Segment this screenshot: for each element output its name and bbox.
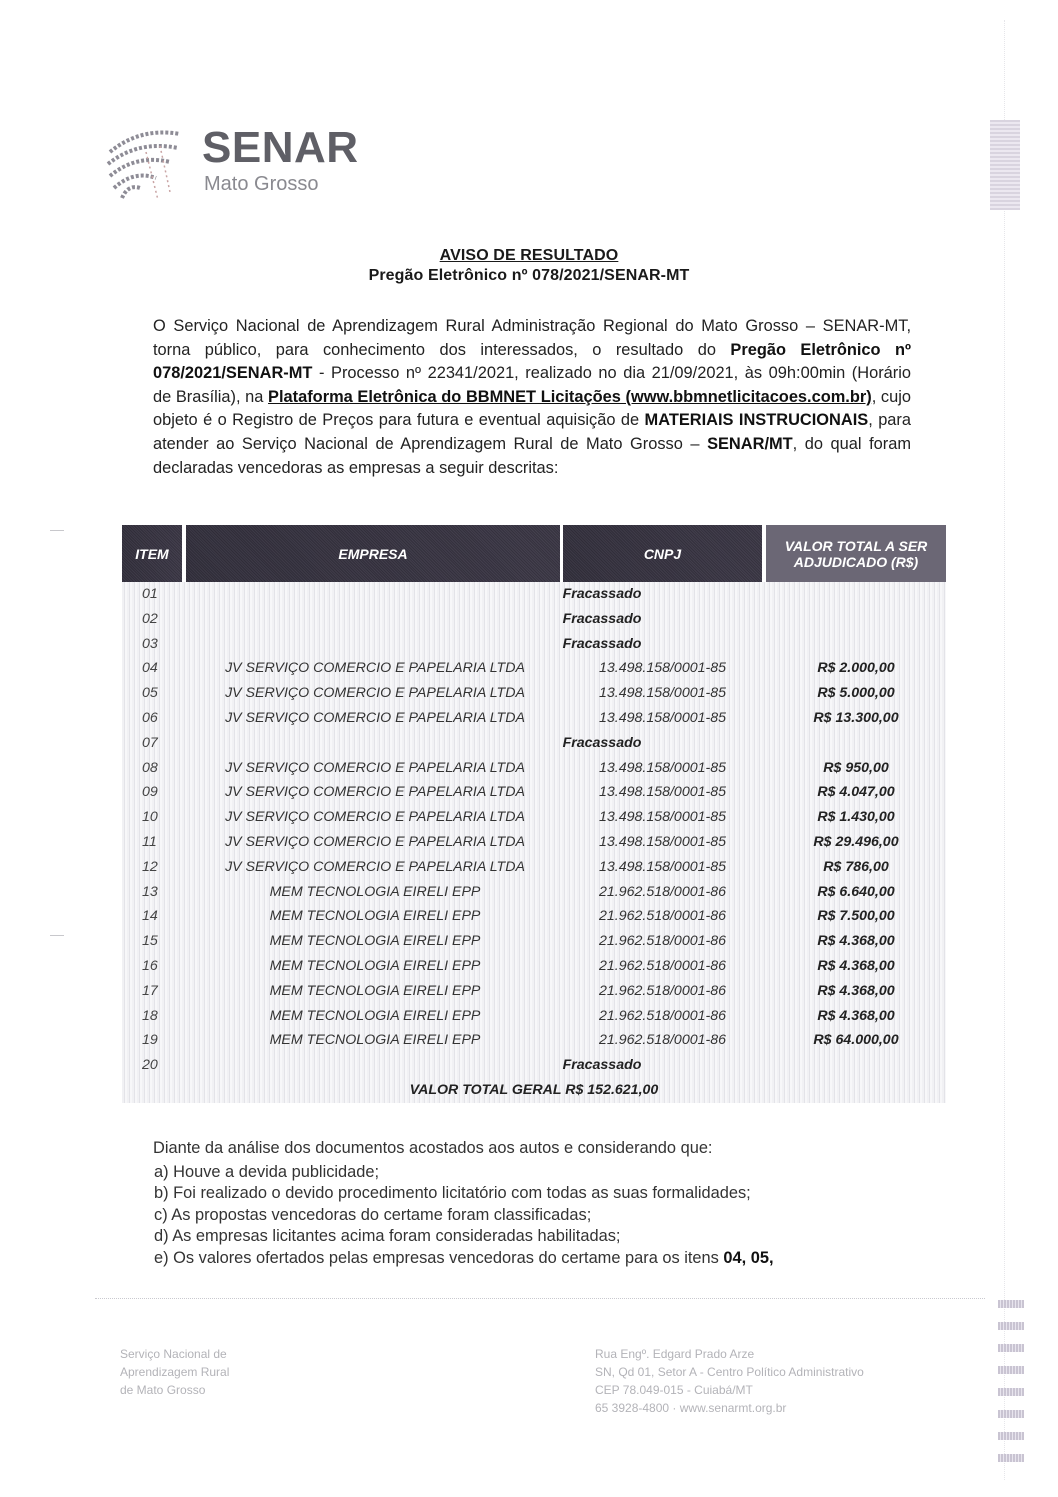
- table-row: 12JV SERVIÇO COMERCIO E PAPELARIA LTDA13…: [122, 855, 946, 880]
- cell-item: 17: [142, 979, 158, 1004]
- table-row: 15MEM TECNOLOGIA EIRELI EPP21.962.518/00…: [122, 929, 946, 954]
- cell-item: 06: [142, 706, 158, 731]
- cell-item: 12: [142, 855, 158, 880]
- cell-cnpj: 21.962.518/0001-86: [563, 979, 762, 1004]
- cell-empresa: JV SERVIÇO COMERCIO E PAPELARIA LTDA: [200, 830, 550, 855]
- table-row: 01Fracassado: [122, 582, 946, 607]
- senar-wheat-logo-icon: [100, 122, 190, 202]
- cell-cnpj: 21.962.518/0001-86: [563, 1004, 762, 1029]
- cell-status: Fracassado: [122, 1053, 1058, 1078]
- consideration-text: b) Foi realizado o devido procedimento l…: [154, 1184, 751, 1202]
- cell-valor: R$ 7.500,00: [766, 904, 946, 929]
- scan-artifact-stack: [998, 1300, 1024, 1476]
- intro-paragraph: O Serviço Nacional de Aprendizagem Rural…: [153, 315, 911, 480]
- cell-empresa: MEM TECNOLOGIA EIRELI EPP: [200, 1028, 550, 1053]
- footer-line: de Mato Grosso: [120, 1381, 229, 1399]
- cell-cnpj: 21.962.518/0001-86: [563, 954, 762, 979]
- cell-empresa: MEM TECNOLOGIA EIRELI EPP: [200, 1004, 550, 1029]
- cell-valor: R$ 950,00: [766, 756, 946, 781]
- cell-item: 19: [142, 1028, 158, 1053]
- cell-cnpj: 21.962.518/0001-86: [563, 904, 762, 929]
- table-row: 02Fracassado: [122, 607, 946, 632]
- senar-logo: SENAR Mato Grosso: [100, 118, 380, 208]
- cell-status: Fracassado: [122, 607, 1058, 632]
- cell-item: 10: [142, 805, 158, 830]
- table-row: 09JV SERVIÇO COMERCIO E PAPELARIA LTDA13…: [122, 780, 946, 805]
- footer-line: SN, Qd 01, Setor A - Centro Político Adm…: [595, 1363, 864, 1381]
- cell-empresa: MEM TECNOLOGIA EIRELI EPP: [200, 904, 550, 929]
- cell-valor: R$ 786,00: [766, 855, 946, 880]
- table-header: ITEM EMPRESA CNPJ VALOR TOTAL A SER ADJU…: [122, 525, 946, 582]
- header-valor: VALOR TOTAL A SER ADJUDICADO (R$): [766, 525, 946, 582]
- cell-cnpj: 21.962.518/0001-86: [563, 1028, 762, 1053]
- table-row: 08JV SERVIÇO COMERCIO E PAPELARIA LTDA13…: [122, 756, 946, 781]
- consideration-text: a) Houve a devida publicidade;: [154, 1163, 379, 1181]
- scan-tick-mark: [50, 530, 64, 531]
- cell-empresa: JV SERVIÇO COMERCIO E PAPELARIA LTDA: [200, 756, 550, 781]
- table-row: 19MEM TECNOLOGIA EIRELI EPP21.962.518/00…: [122, 1028, 946, 1053]
- cell-cnpj: 21.962.518/0001-86: [563, 929, 762, 954]
- table-row: 05JV SERVIÇO COMERCIO E PAPELARIA LTDA13…: [122, 681, 946, 706]
- table-row: 10JV SERVIÇO COMERCIO E PAPELARIA LTDA13…: [122, 805, 946, 830]
- cell-valor: R$ 1.430,00: [766, 805, 946, 830]
- cell-empresa: JV SERVIÇO COMERCIO E PAPELARIA LTDA: [200, 706, 550, 731]
- logo-name: SENAR: [202, 126, 359, 170]
- cell-valor: R$ 5.000,00: [766, 681, 946, 706]
- bbmnet-link[interactable]: Plataforma Eletrônica do BBMNET Licitaçõ…: [268, 388, 872, 406]
- header-item: ITEM: [122, 525, 182, 582]
- cell-empresa: JV SERVIÇO COMERCIO E PAPELARIA LTDA: [200, 805, 550, 830]
- logo-subtitle: Mato Grosso: [204, 173, 318, 195]
- cell-empresa: MEM TECNOLOGIA EIRELI EPP: [200, 880, 550, 905]
- cell-item: 09: [142, 780, 158, 805]
- table-total-row: VALOR TOTAL GERAL R$ 152.621,00: [122, 1078, 946, 1103]
- cell-empresa: JV SERVIÇO COMERCIO E PAPELARIA LTDA: [200, 656, 550, 681]
- cell-item: 15: [142, 929, 158, 954]
- cell-item: 16: [142, 954, 158, 979]
- table-row: 06JV SERVIÇO COMERCIO E PAPELARIA LTDA13…: [122, 706, 946, 731]
- cell-item: 18: [142, 1004, 158, 1029]
- document-title: AVISO DE RESULTADO Pregão Eletrônico nº …: [0, 246, 1058, 286]
- consideration-text: d) As empresas licitantes acima foram co…: [154, 1227, 620, 1245]
- cell-cnpj: 13.498.158/0001-85: [563, 706, 762, 731]
- table-row: 07Fracassado: [122, 731, 946, 756]
- cell-cnpj: 13.498.158/0001-85: [563, 681, 762, 706]
- consideration-bold: 04, 05,: [723, 1249, 773, 1267]
- cell-valor: R$ 6.640,00: [766, 880, 946, 905]
- consideration-item: c) As propostas vencedoras do certame fo…: [153, 1205, 933, 1227]
- header-empresa: EMPRESA: [186, 525, 560, 582]
- cell-item: 13: [142, 880, 158, 905]
- consideration-text: c) As propostas vencedoras do certame fo…: [154, 1206, 591, 1224]
- cell-valor: R$ 4.047,00: [766, 780, 946, 805]
- cell-valor: R$ 4.368,00: [766, 929, 946, 954]
- scan-artifact: [990, 120, 1020, 210]
- table-row: 13MEM TECNOLOGIA EIRELI EPP21.962.518/00…: [122, 880, 946, 905]
- cell-cnpj: 13.498.158/0001-85: [563, 805, 762, 830]
- footer-divider: [95, 1298, 985, 1299]
- consideration-item: d) As empresas licitantes acima foram co…: [153, 1226, 933, 1248]
- consideration-item: e) Os valores ofertados pelas empresas v…: [153, 1248, 933, 1270]
- cell-item: 04: [142, 656, 158, 681]
- cell-cnpj: 13.498.158/0001-85: [563, 830, 762, 855]
- cell-cnpj: 13.498.158/0001-85: [563, 756, 762, 781]
- table-row: 18MEM TECNOLOGIA EIRELI EPP21.962.518/00…: [122, 1004, 946, 1029]
- cell-empresa: JV SERVIÇO COMERCIO E PAPELARIA LTDA: [200, 855, 550, 880]
- cell-cnpj: 13.498.158/0001-85: [563, 656, 762, 681]
- title-heading: AVISO DE RESULTADO: [0, 246, 1058, 266]
- cell-item: 14: [142, 904, 158, 929]
- title-subheading: Pregão Eletrônico nº 078/2021/SENAR-MT: [0, 266, 1058, 286]
- cell-status: Fracassado: [122, 582, 1058, 607]
- cell-empresa: MEM TECNOLOGIA EIRELI EPP: [200, 979, 550, 1004]
- considerations: Diante da análise dos documentos acostad…: [153, 1138, 933, 1270]
- considerations-lead: Diante da análise dos documentos acostad…: [153, 1138, 933, 1160]
- cell-valor: R$ 4.368,00: [766, 979, 946, 1004]
- cell-valor: R$ 4.368,00: [766, 954, 946, 979]
- table-row: 03Fracassado: [122, 632, 946, 657]
- cell-item: 05: [142, 681, 158, 706]
- cell-cnpj: 13.498.158/0001-85: [563, 780, 762, 805]
- table-row: 17MEM TECNOLOGIA EIRELI EPP21.962.518/00…: [122, 979, 946, 1004]
- cell-empresa: JV SERVIÇO COMERCIO E PAPELARIA LTDA: [200, 681, 550, 706]
- consideration-item: a) Houve a devida publicidade;: [153, 1162, 933, 1184]
- table-row: 11JV SERVIÇO COMERCIO E PAPELARIA LTDA13…: [122, 830, 946, 855]
- cell-status: Fracassado: [122, 731, 1058, 756]
- footer-organization: Serviço Nacional de Aprendizagem Rural d…: [120, 1345, 229, 1399]
- consideration-text: e) Os valores ofertados pelas empresas v…: [154, 1249, 723, 1267]
- cell-item: 11: [142, 830, 157, 855]
- total-value: VALOR TOTAL GERAL R$ 152.621,00: [122, 1078, 946, 1103]
- scan-edge-line: [1004, 20, 1005, 1480]
- cell-valor: R$ 4.368,00: [766, 1004, 946, 1029]
- header-cnpj: CNPJ: [563, 525, 762, 582]
- footer-line: Aprendizagem Rural: [120, 1363, 229, 1381]
- table-row: 20Fracassado: [122, 1053, 946, 1078]
- consideration-item: b) Foi realizado o devido procedimento l…: [153, 1183, 933, 1205]
- cell-empresa: MEM TECNOLOGIA EIRELI EPP: [200, 929, 550, 954]
- cell-valor: R$ 2.000,00: [766, 656, 946, 681]
- table-row: 14MEM TECNOLOGIA EIRELI EPP21.962.518/00…: [122, 904, 946, 929]
- cell-valor: R$ 29.496,00: [766, 830, 946, 855]
- footer-line: Rua Engº. Edgard Prado Arze: [595, 1345, 864, 1363]
- intro-bold-materiais: MATERIAIS INSTRUCIONAIS: [645, 411, 869, 429]
- cell-empresa: MEM TECNOLOGIA EIRELI EPP: [200, 954, 550, 979]
- table-row: 16MEM TECNOLOGIA EIRELI EPP21.962.518/00…: [122, 954, 946, 979]
- cell-status: Fracassado: [122, 632, 1058, 657]
- results-table: ITEM EMPRESA CNPJ VALOR TOTAL A SER ADJU…: [122, 525, 946, 1103]
- considerations-list: a) Houve a devida publicidade;b) Foi rea…: [153, 1162, 933, 1270]
- footer-address: Rua Engº. Edgard Prado Arze SN, Qd 01, S…: [595, 1345, 864, 1417]
- footer-line: CEP 78.049-015 - Cuiabá/MT: [595, 1381, 864, 1399]
- cell-valor: R$ 64.000,00: [766, 1028, 946, 1053]
- footer-line: Serviço Nacional de: [120, 1345, 229, 1363]
- cell-item: 08: [142, 756, 158, 781]
- cell-cnpj: 21.962.518/0001-86: [563, 880, 762, 905]
- cell-valor: R$ 13.300,00: [766, 706, 946, 731]
- scan-tick-mark: [50, 935, 64, 936]
- intro-bold-senar: SENAR/MT: [707, 435, 793, 453]
- cell-empresa: JV SERVIÇO COMERCIO E PAPELARIA LTDA: [200, 780, 550, 805]
- table-body: 01Fracassado02Fracassado03Fracassado04JV…: [122, 582, 946, 1078]
- table-row: 04JV SERVIÇO COMERCIO E PAPELARIA LTDA13…: [122, 656, 946, 681]
- footer-line: 65 3928-4800 · www.senarmt.org.br: [595, 1399, 864, 1417]
- cell-cnpj: 13.498.158/0001-85: [563, 855, 762, 880]
